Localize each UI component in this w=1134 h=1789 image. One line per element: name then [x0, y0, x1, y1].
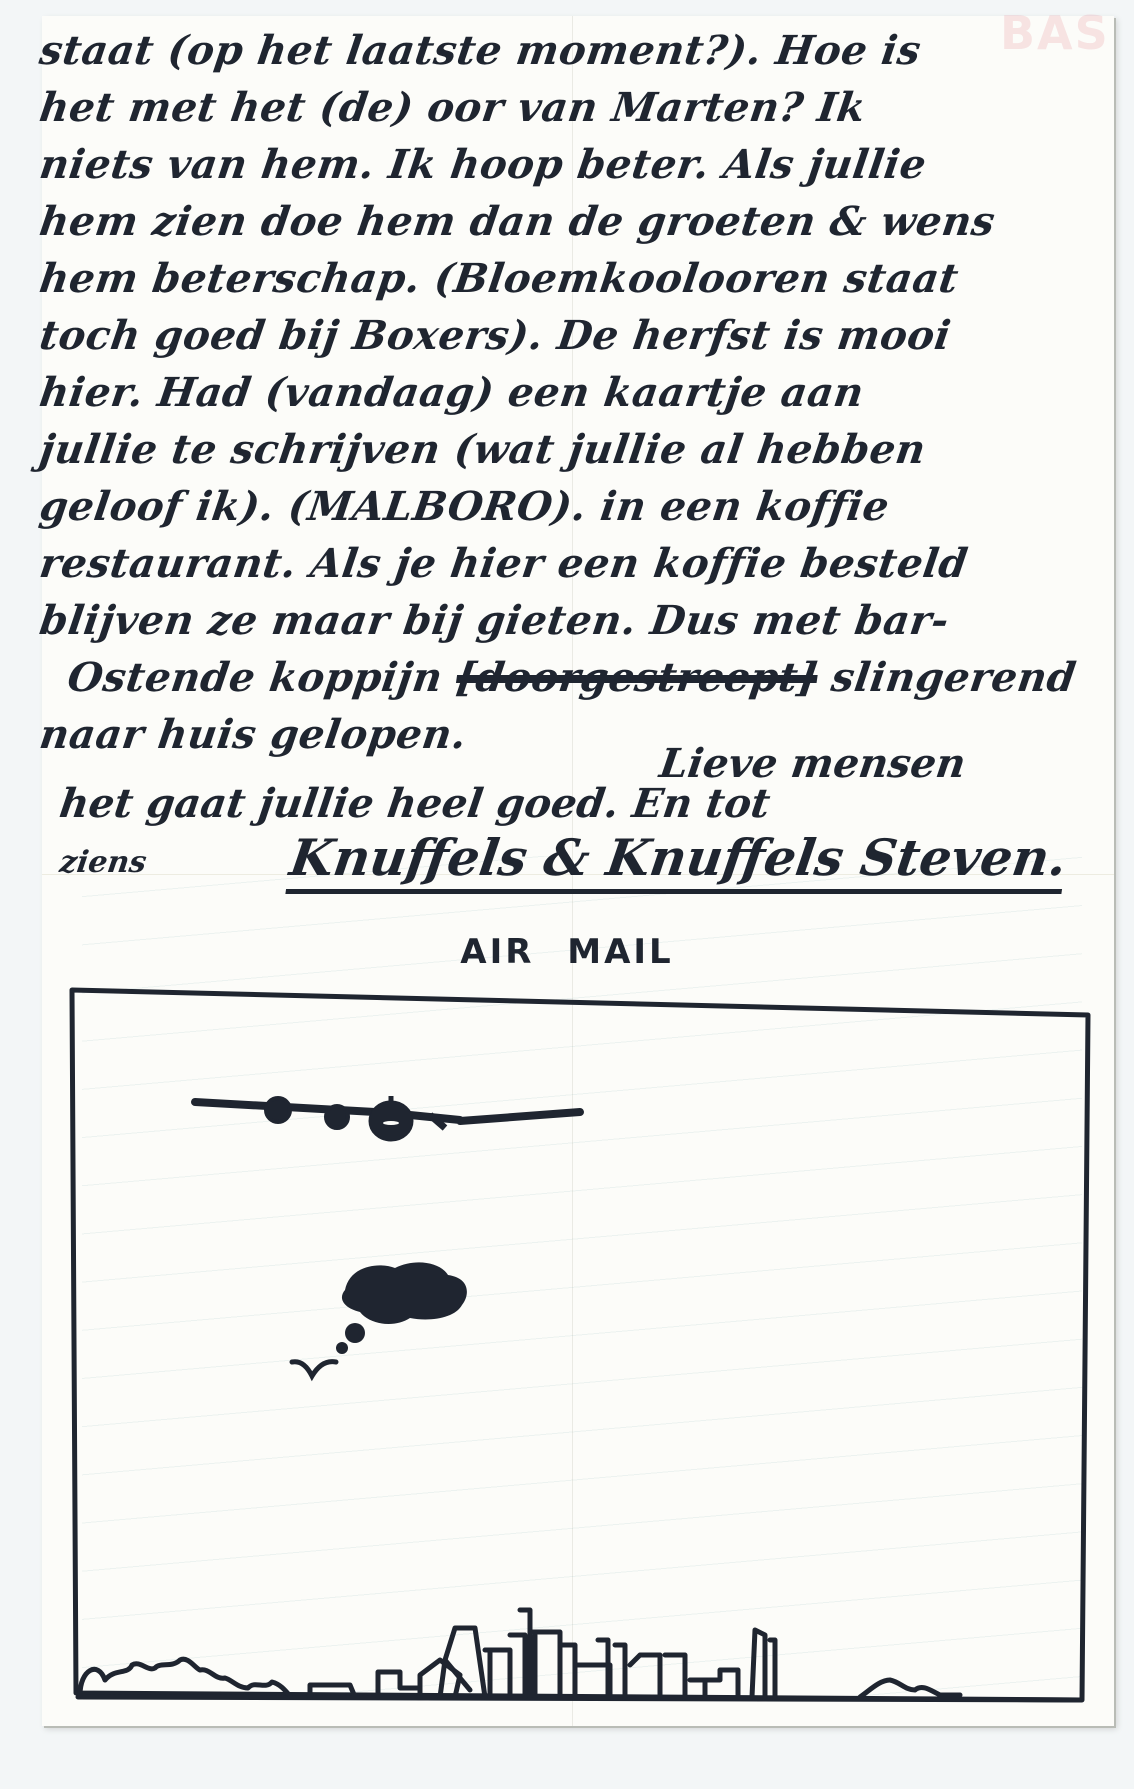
drawing-frame — [72, 990, 1088, 1700]
airplane-icon — [195, 1096, 580, 1141]
airmail-drawing — [0, 0, 1134, 1789]
city-skyline-icon — [78, 1610, 1080, 1700]
bird-icon — [292, 1362, 336, 1376]
smoke-cloud-icon — [336, 1262, 467, 1354]
